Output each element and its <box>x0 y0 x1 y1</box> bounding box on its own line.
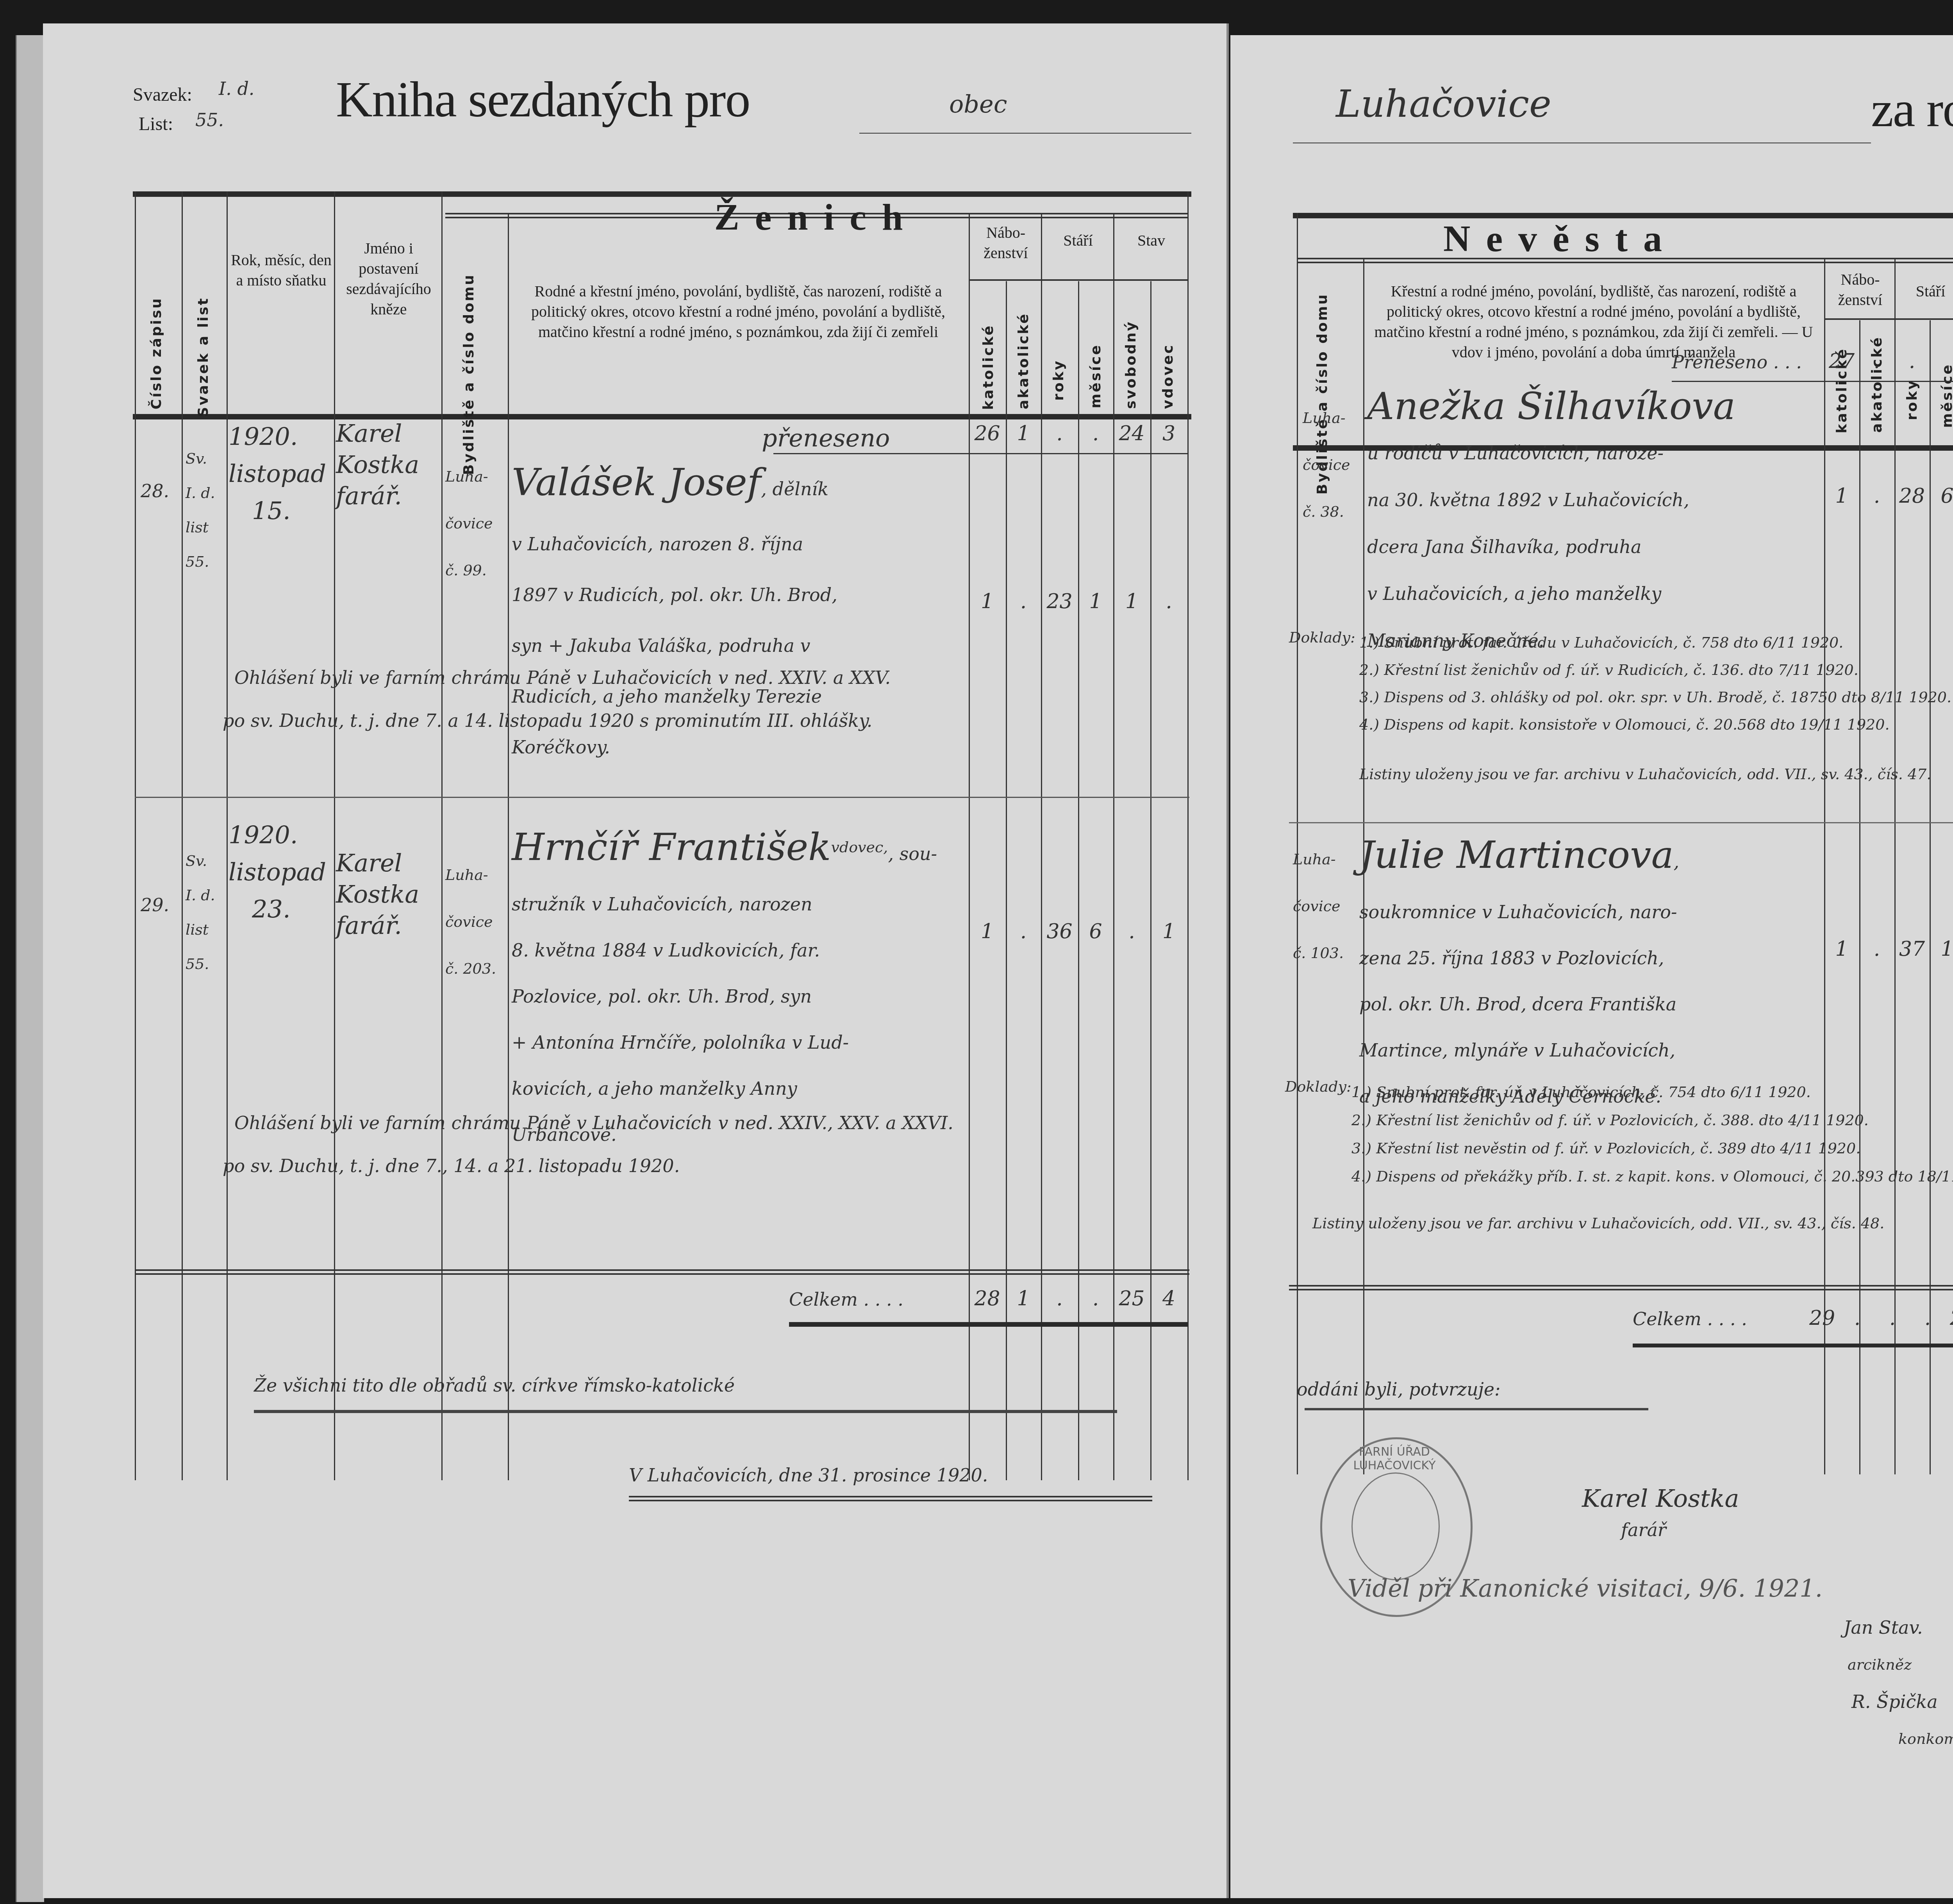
col-line <box>182 191 183 1480</box>
col-line <box>1894 258 1896 1474</box>
entry-value: . <box>1859 484 1894 508</box>
list-label: List: <box>139 113 173 135</box>
title-fill-line <box>859 133 1191 134</box>
entry-number: 29. <box>141 894 169 915</box>
col-line <box>135 191 136 1480</box>
entry-value: . <box>1006 920 1041 943</box>
signature-priest: Karel Kostka <box>1582 1484 1739 1513</box>
col-line <box>334 191 335 1480</box>
subheader-rule <box>1824 318 1953 320</box>
carried-over-underline <box>1672 381 1953 382</box>
total-value: 27 <box>1945 1306 1953 1330</box>
visitation-note: Viděl při Kanonické visitaci, 9/6. 1921. <box>1348 1574 1823 1602</box>
entry-value: . <box>1150 590 1187 613</box>
confirmation-text: oddáni byli, potvrzuje: <box>1297 1379 1501 1400</box>
visitor-2-title: konkomisař <box>1898 1730 1953 1747</box>
bride-name: Anežka Šilhavíkova <box>1367 383 1824 430</box>
signature-priest-title: farář <box>1621 1519 1666 1540</box>
total-value: 25 <box>1113 1287 1150 1310</box>
carried-over-underline <box>773 453 1187 454</box>
book-title: Kniha sezdaných pro <box>336 70 750 129</box>
totals-label: Celkem . . . . <box>1633 1308 1747 1329</box>
entry-value: 1 <box>969 590 1006 613</box>
carried-value: . <box>1859 350 1894 373</box>
banns-text: Ohlášení byli ve farním chrámu Páně v Lu… <box>234 656 891 742</box>
header-nabozenstvi: Nábo-ženství <box>971 223 1041 263</box>
visitor-2-signature: R. Špička <box>1851 1691 1938 1712</box>
closing-place-date: V Luhačovicích, dne 31. prosince 1920. <box>629 1465 988 1486</box>
closing-underline <box>254 1410 1117 1413</box>
total-value: . <box>1840 1306 1875 1330</box>
section-title-nevesta: Nevěsta <box>1297 217 1824 260</box>
col-line <box>1187 191 1189 1480</box>
col-line <box>227 191 228 1480</box>
carried-value: 1 <box>1006 422 1041 445</box>
carried-value: 3 <box>1150 422 1187 445</box>
svazek-value: I. d. <box>219 78 254 99</box>
header-rodne-jmeno: Rodné a křestní jméno, povolání, bydlišt… <box>516 281 961 342</box>
bride-residence: Luha-čoviceč. 38. <box>1303 394 1350 535</box>
bride-entry-text: Julie Martincova, soukromnice v Luhačovi… <box>1359 832 1816 1119</box>
totals-underline <box>1633 1344 1953 1347</box>
carried-value: 27 <box>1824 350 1859 373</box>
entry-separator <box>135 797 1189 798</box>
header-mesice: měsíce <box>1088 344 1104 408</box>
carried-value: . <box>1078 422 1113 445</box>
carried-value: . <box>1930 350 1953 373</box>
entry-residence: Luha-čoviceč. 203. <box>445 851 496 992</box>
banns-text: Ohlášení byli ve farním chrámu Páně v Lu… <box>234 1101 953 1187</box>
subheader-rule <box>969 279 1187 281</box>
entry-value: 37 <box>1894 937 1930 961</box>
carried-value: 26 <box>969 422 1006 445</box>
total-value: 4 <box>1150 1287 1187 1310</box>
entry-separator <box>1289 822 1953 823</box>
entry-number: 28. <box>141 480 169 501</box>
header-jmeno-knez: Jméno i postavení sezdávajícího kněze <box>338 238 439 319</box>
col-line <box>508 213 509 1480</box>
groom-name: Valášek Josef <box>512 460 761 504</box>
total-value: 29 <box>1805 1306 1840 1330</box>
bride-entry-text: Anežka Šilhavíkova u rodičů v Luhačovicí… <box>1367 383 1824 664</box>
entry-priest: KarelKostkafarář. <box>336 418 419 512</box>
header-vdovec: vdovec <box>1160 344 1176 409</box>
header-stav: Stav <box>1115 230 1187 251</box>
entry-value: 28 <box>1894 484 1930 508</box>
title-fill-obec: obec <box>949 90 1007 118</box>
total-value: . <box>1875 1306 1910 1330</box>
closing-place-underline <box>629 1496 1152 1497</box>
header-bydliste: Bydliště a číslo domu <box>461 273 477 475</box>
table-bottom-rule <box>135 1269 1189 1271</box>
entry-svazek: Sv.I. d.list55. <box>186 441 215 579</box>
carried-over-label: Přeneseno . . . <box>1672 352 1802 373</box>
carried-value: . <box>1894 350 1930 373</box>
carried-value: 24 <box>1113 422 1150 445</box>
archive-note: Listiny uloženy jsou ve far. archivu v L… <box>1359 766 1931 783</box>
header-rok-mesic: Rok, měsíc, den a místo sňatku <box>230 250 332 291</box>
total-value: . <box>1078 1287 1113 1310</box>
header-katolicke: katolické <box>980 324 996 410</box>
entry-value: . <box>1006 590 1041 613</box>
entry-value: 36 <box>1041 920 1078 943</box>
carried-over-label: přeneseno <box>762 424 890 452</box>
visitor-1-signature: Jan Stav. <box>1844 1617 1923 1638</box>
entry-value: 23 <box>1041 590 1078 613</box>
confirmation-underline <box>1305 1408 1648 1410</box>
header-cislo-zapisu: Číslo zápisu <box>148 297 164 409</box>
bride-name: Julie Martincova <box>1359 833 1674 877</box>
list-value: 55. <box>195 109 224 130</box>
entry-date: 1920.listopad23. <box>229 816 326 928</box>
entry-date: 1920.listopad15. <box>229 340 326 529</box>
header-krestni-jmeno: Křestní a rodné jméno, povolání, bydlišt… <box>1367 281 1820 362</box>
entry-value: 1 <box>1150 920 1187 943</box>
header-stari: Stáří <box>1896 281 1953 302</box>
entry-value: 1 <box>1824 484 1859 508</box>
header-svazek-a-list: Svazek a list <box>195 297 211 417</box>
header-svobodny: svobodný <box>1123 320 1139 409</box>
documents-label: Doklady: <box>1285 1078 1351 1095</box>
documents-list: 1.) Snubní prot. far. úř. v Luhačovicích… <box>1351 1078 1953 1190</box>
title-fill-luhacovice: Luhačovice <box>1336 82 1551 126</box>
total-value: . <box>1041 1287 1078 1310</box>
totals-underline <box>789 1322 1187 1327</box>
seal-text: FARNÍ ÚŘAD LUHAČOVICKÝ <box>1336 1445 1453 1472</box>
total-value: . <box>1910 1306 1945 1330</box>
entry-value: . <box>1859 937 1894 961</box>
total-value: 28 <box>969 1287 1006 1310</box>
col-line <box>1824 258 1825 1474</box>
visitor-1-title: arcikněz <box>1848 1656 1912 1673</box>
totals-label: Celkem . . . . <box>789 1289 903 1310</box>
documents-list: 1.) Snubní prot. far. úřadu v Luhačovicí… <box>1359 629 1951 738</box>
groom-name: Hrnčíř František <box>512 825 831 869</box>
title-za-rok: za rok <box>1871 80 1953 139</box>
entry-value: . <box>1113 920 1150 943</box>
entry-priest: KarelKostkafarář. <box>336 848 419 941</box>
entry-value: 1 <box>1930 937 1953 961</box>
entry-residence: Luha-čoviceč. 99. <box>445 453 493 594</box>
parish-seal-inner <box>1351 1472 1440 1580</box>
header-roky: roky <box>1051 359 1067 401</box>
entry-value: 1 <box>1113 590 1150 613</box>
archive-note: Listiny uloženy jsou ve far. archivu v L… <box>1312 1215 1884 1232</box>
table-bottom-rule <box>1289 1285 1953 1287</box>
col-line <box>441 191 443 1480</box>
entry-value: 1 <box>969 920 1006 943</box>
entry-value: 6 <box>1930 484 1953 508</box>
entry-svazek: Sv.I. d.list55. <box>186 844 215 981</box>
svazek-label: Svazek: <box>133 84 192 105</box>
book-page-edges-left <box>16 35 44 1902</box>
header-nabozenstvi: Nábo-ženství <box>1826 269 1894 310</box>
header-roky: roky <box>1904 379 1920 420</box>
title-fill-line <box>1293 143 1871 143</box>
entry-value: 6 <box>1078 920 1113 943</box>
bride-residence: Luha-čoviceč. 103. <box>1293 836 1344 976</box>
header-akatolicke: akatolické <box>1016 312 1032 409</box>
closing-statement: Že všichni tito dle obřadů sv. církve ří… <box>254 1375 735 1396</box>
header-stari: Stáří <box>1043 230 1113 251</box>
carried-value: . <box>1041 422 1078 445</box>
entry-value: 1 <box>1824 937 1859 961</box>
total-value: 1 <box>1006 1287 1041 1310</box>
documents-label: Doklady: <box>1289 629 1355 646</box>
entry-value: 1 <box>1078 590 1113 613</box>
